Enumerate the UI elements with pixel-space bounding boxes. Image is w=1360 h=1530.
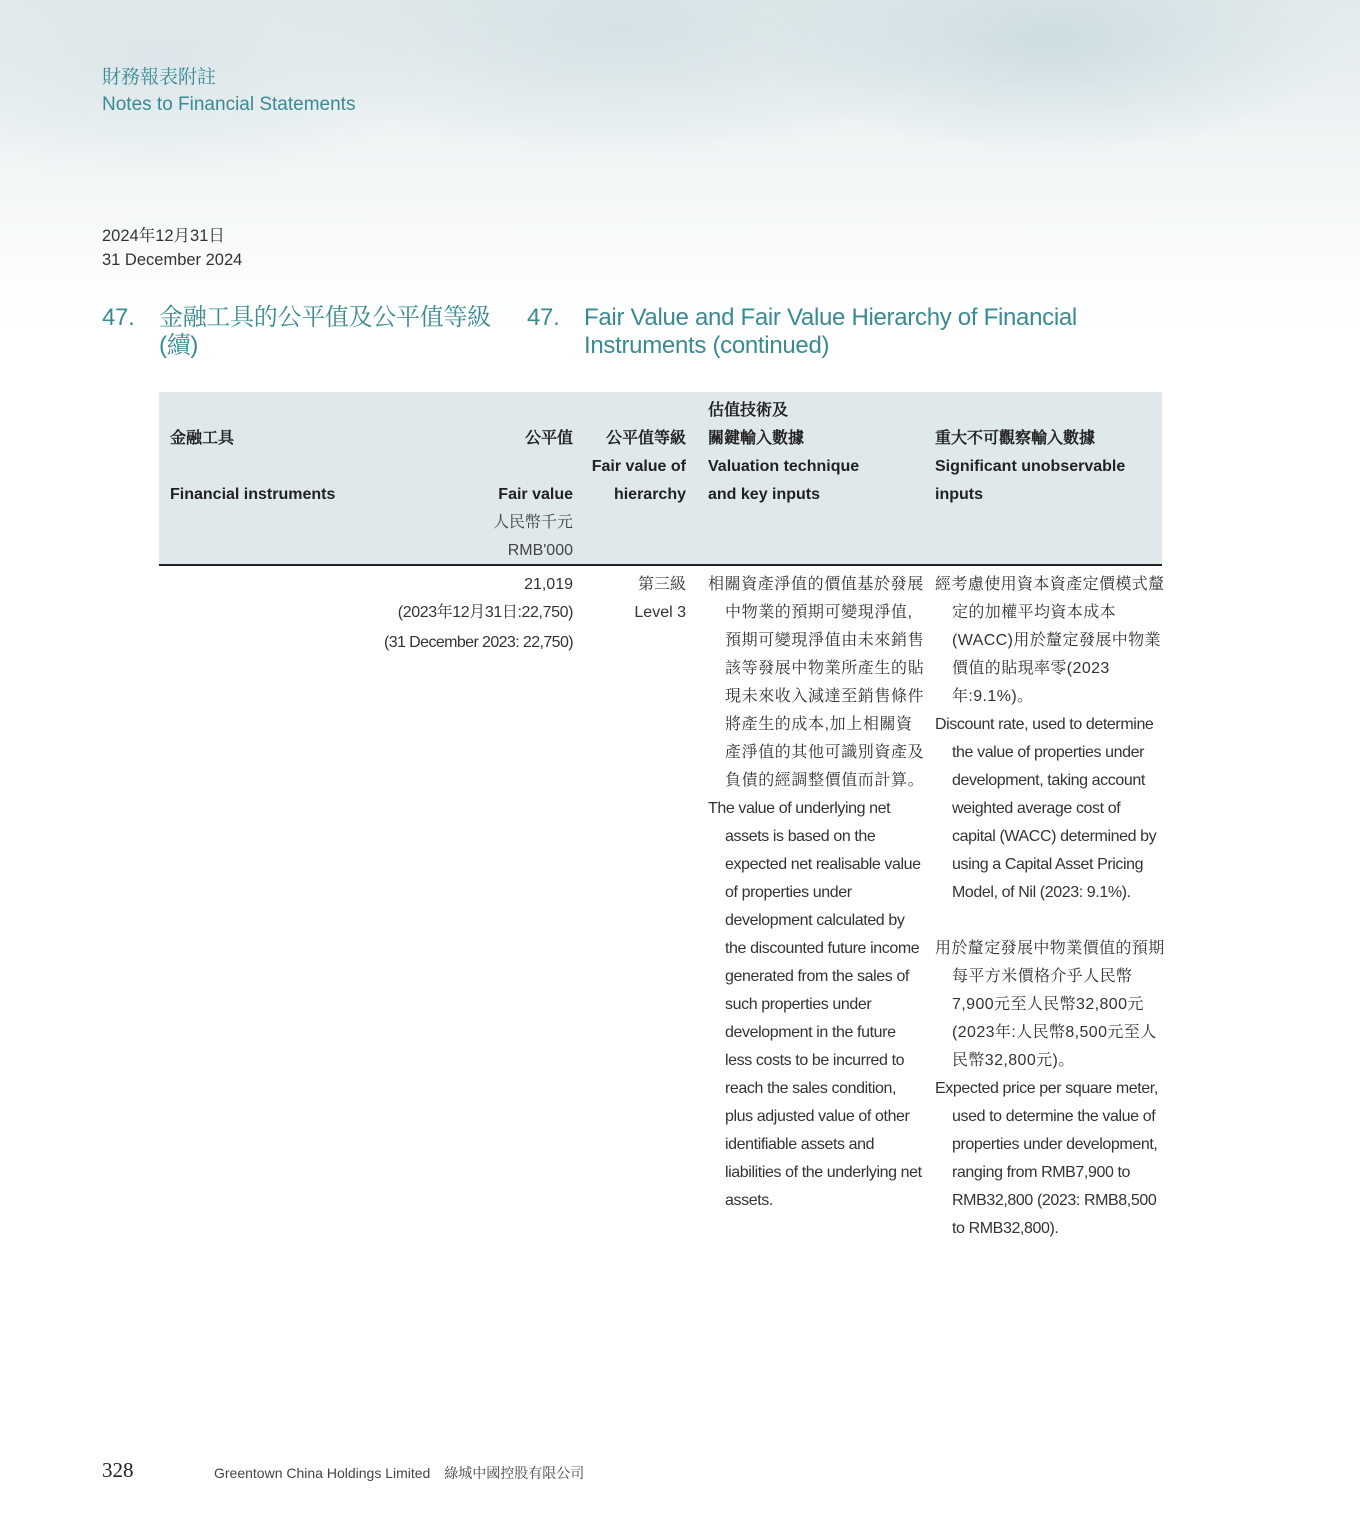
col-header-technique-zh-2: 關鍵輸入數據 <box>708 425 859 453</box>
unobservable-price-zh: 用於釐定發展中物業價值的預期每平方米價格介乎人民幣7,900元至人民幣32,80… <box>935 935 1165 1075</box>
company-name: Greentown China Holdings Limited 綠城中國控股有… <box>214 1463 584 1483</box>
col-header-instrument-en: Financial instruments <box>170 481 335 509</box>
col-header-unobservable-en-1: Significant unobservable <box>935 453 1125 481</box>
table-row: 21,019 (2023年12月31日:22,750) (31 December… <box>159 566 1162 1206</box>
report-date-zh: 2024年12月31日 <box>102 224 242 248</box>
table-header: 金融工具 Financial instruments 公平值 Fair valu… <box>159 392 1162 566</box>
fair-value-prior-zh: (2023年12月31日:22,750) <box>359 599 573 627</box>
company-name-zh: 綠城中國控股有限公司 <box>444 1465 584 1481</box>
col-header-hierarchy-en-1: Fair value of <box>579 453 686 481</box>
fair-value-prior-en: (31 December 2023: 22,750) <box>359 629 573 657</box>
cell-hierarchy: 第三級 Level 3 <box>579 571 686 627</box>
company-name-en: Greentown China Holdings Limited <box>214 1465 430 1481</box>
note-number-en: 47. <box>527 304 559 332</box>
section-title-zh: 財務報表附註 <box>102 64 355 91</box>
unobservable-discount-zh: 經考慮使用資本資產定價模式釐定的加權平均資本成本(WACC)用於釐定發展中物業價… <box>935 571 1165 711</box>
cell-fair-value: 21,019 (2023年12月31日:22,750) (31 December… <box>359 571 573 657</box>
technique-en: The value of underlying net assets is ba… <box>708 795 926 1215</box>
note-title-zh-line1: 金融工具的公平值及公平值等級 <box>159 304 509 332</box>
fair-value-table: 金融工具 Financial instruments 公平值 Fair valu… <box>159 392 1162 1206</box>
col-header-unit-zh: 人民幣千元 <box>459 509 573 537</box>
section-title-en: Notes to Financial Statements <box>102 91 355 118</box>
note-title-en: Fair Value and Fair Value Hierarchy of F… <box>584 304 1104 360</box>
report-date: 2024年12月31日 31 December 2024 <box>102 224 242 272</box>
col-header-fair-value-zh: 公平值 <box>459 425 573 453</box>
watercolor-background <box>0 0 1360 330</box>
note-title-zh-line2: (續) <box>159 332 509 360</box>
col-header-fair-value: 公平值 Fair value 人民幣千元 RMB'000 <box>459 425 573 565</box>
unobservable-discount-en: Discount rate, used to determine the val… <box>935 711 1165 907</box>
col-header-unobservable: 重大不可觀察輸入數據 Significant unobservable inpu… <box>935 425 1125 509</box>
technique-zh: 相關資產淨值的價值基於發展中物業的預期可變現淨值,預期可變現淨值由未來銷售該等發… <box>708 571 926 795</box>
unobservable-price-en: Expected price per square meter, used to… <box>935 1075 1165 1243</box>
col-header-unobservable-zh: 重大不可觀察輸入數據 <box>935 425 1125 453</box>
hierarchy-zh: 第三級 <box>579 571 686 599</box>
page-number: 328 <box>102 1458 134 1483</box>
col-header-fair-value-en: Fair value <box>459 481 573 509</box>
note-number-zh: 47. <box>102 304 134 332</box>
note-title-zh: 金融工具的公平值及公平值等級 (續) <box>159 304 509 360</box>
col-header-unit-en: RMB'000 <box>459 537 573 565</box>
hierarchy-en: Level 3 <box>579 599 686 627</box>
note-title-en-line1: Fair Value and Fair Value Hierarchy of F… <box>584 304 1104 332</box>
col-header-hierarchy-en-2: hierarchy <box>579 481 686 509</box>
col-header-technique-en-2: and key inputs <box>708 481 859 509</box>
col-header-hierarchy: 公平值等級 Fair value of hierarchy <box>579 425 686 509</box>
fair-value-current: 21,019 <box>359 571 573 599</box>
col-header-hierarchy-zh: 公平值等級 <box>579 425 686 453</box>
section-header: 財務報表附註 Notes to Financial Statements <box>102 64 355 118</box>
col-header-instrument: 金融工具 Financial instruments <box>170 425 335 509</box>
col-header-technique-zh-1: 估值技術及 <box>708 397 859 425</box>
col-header-technique: 估值技術及 關鍵輸入數據 Valuation technique and key… <box>708 397 859 509</box>
col-header-technique-en-1: Valuation technique <box>708 453 859 481</box>
cell-unobservable: 經考慮使用資本資產定價模式釐定的加權平均資本成本(WACC)用於釐定發展中物業價… <box>935 571 1165 1243</box>
note-title-en-line2: Instruments (continued) <box>584 332 1104 360</box>
col-header-unobservable-en-2: inputs <box>935 481 1125 509</box>
report-date-en: 31 December 2024 <box>102 248 242 272</box>
col-header-instrument-zh: 金融工具 <box>170 425 335 453</box>
cell-technique: 相關資產淨值的價值基於發展中物業的預期可變現淨值,預期可變現淨值由未來銷售該等發… <box>708 571 926 1215</box>
